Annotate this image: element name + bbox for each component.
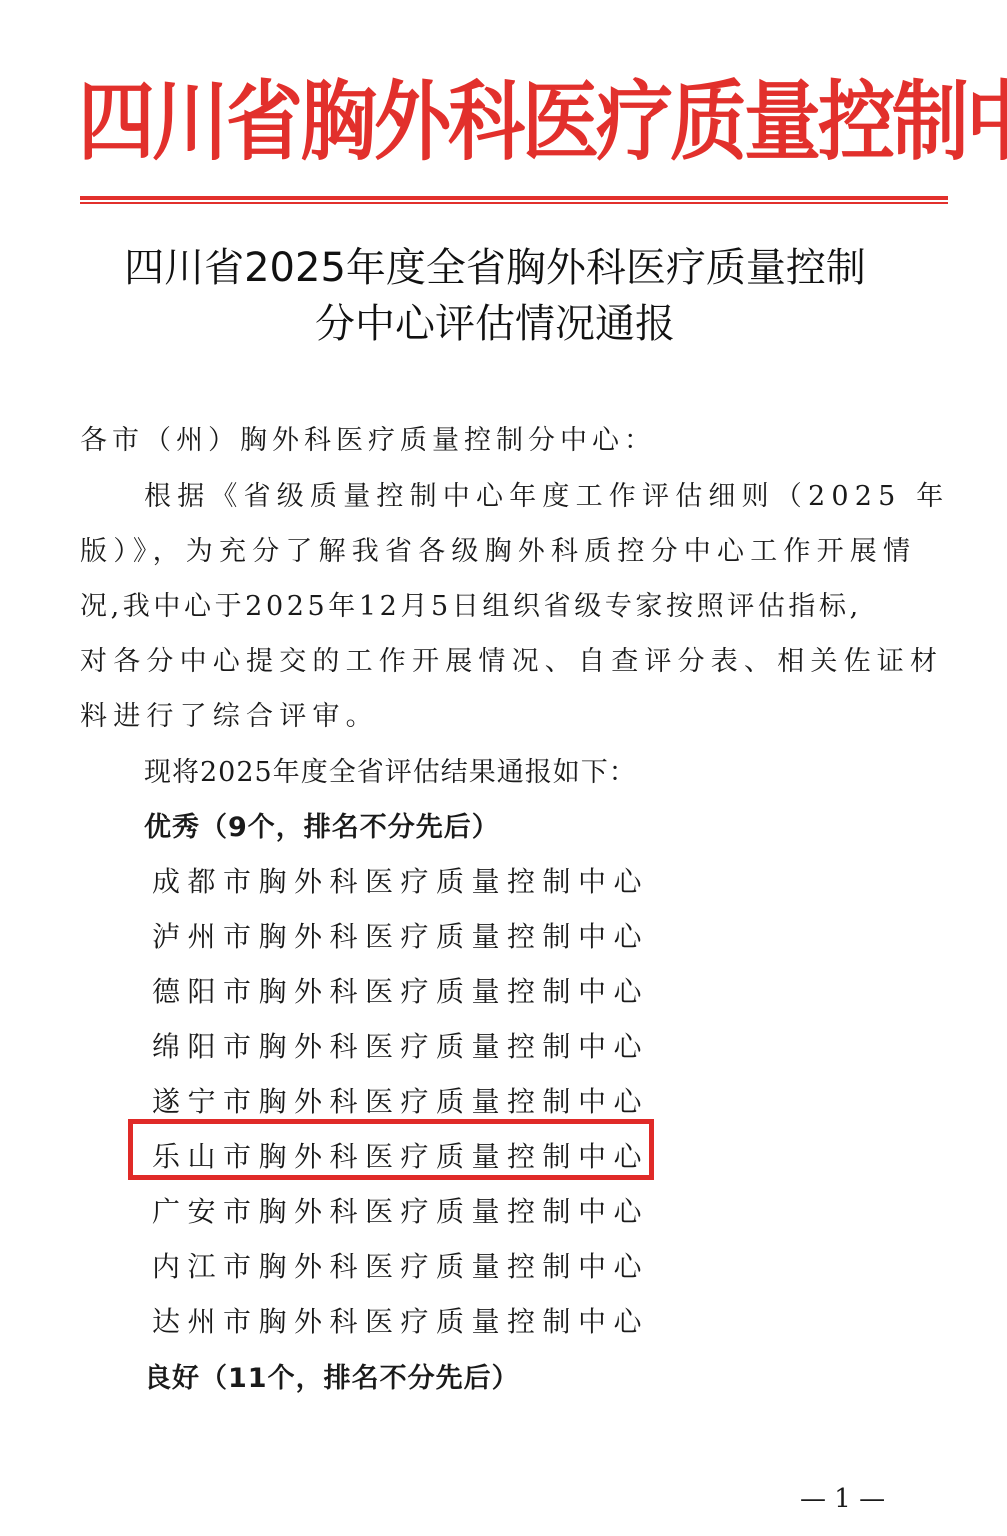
excellent-list-item: 绵阳市胸外科医疗质量控制中心 <box>152 1025 649 1065</box>
page-number: — 1 — <box>800 1484 885 1514</box>
document-title-line2: 分中心评估情况通报 <box>60 296 930 352</box>
salutation: 各市（州）胸外科医疗质量控制分中心： <box>80 418 656 457</box>
document-title: 四川省2025年度全省胸外科医疗质量控制 分中心评估情况通报 <box>60 240 930 352</box>
masthead-title: 四川省胸外科医疗质量控制中心文件 <box>78 62 958 185</box>
excellent-list-item: 德阳市胸外科医疗质量控制中心 <box>152 970 649 1010</box>
paragraph1-line2: 版）》，为充分了解我省各级胸外科质控分中心工作开展情 <box>80 529 916 568</box>
paragraph1-line5: 料进行了综合评审。 <box>80 694 379 733</box>
excellent-list-item: 内江市胸外科医疗质量控制中心 <box>152 1245 649 1285</box>
paragraph1-line1: 根据《省级质量控制中心年度工作评估细则（2025 年 <box>144 474 950 513</box>
document-title-line1: 四川省2025年度全省胸外科医疗质量控制 <box>60 240 930 296</box>
paragraph2: 现将2025年度全省评估结果通报如下： <box>144 750 637 789</box>
excellent-list-item: 广安市胸外科医疗质量控制中心 <box>152 1190 649 1230</box>
excellent-heading: 优秀（9个，排名不分先后） <box>144 805 500 844</box>
good-heading: 良好（11个，排名不分先后） <box>144 1356 520 1395</box>
highlight-box <box>128 1119 654 1180</box>
excellent-list-item: 遂宁市胸外科医疗质量控制中心 <box>152 1080 649 1120</box>
masthead-divider-thick <box>80 196 948 200</box>
paragraph1-line4: 对各分中心提交的工作开展情况、自查评分表、相关佐证材 <box>80 639 943 678</box>
excellent-list-item: 泸州市胸外科医疗质量控制中心 <box>152 915 649 955</box>
masthead-divider-thin <box>80 202 948 204</box>
excellent-list-item: 达州市胸外科医疗质量控制中心 <box>152 1300 649 1340</box>
excellent-list-item: 成都市胸外科医疗质量控制中心 <box>152 860 649 900</box>
paragraph1-line3: 况,我中心于2025年12月5日组织省级专家按照评估指标, <box>80 584 862 623</box>
